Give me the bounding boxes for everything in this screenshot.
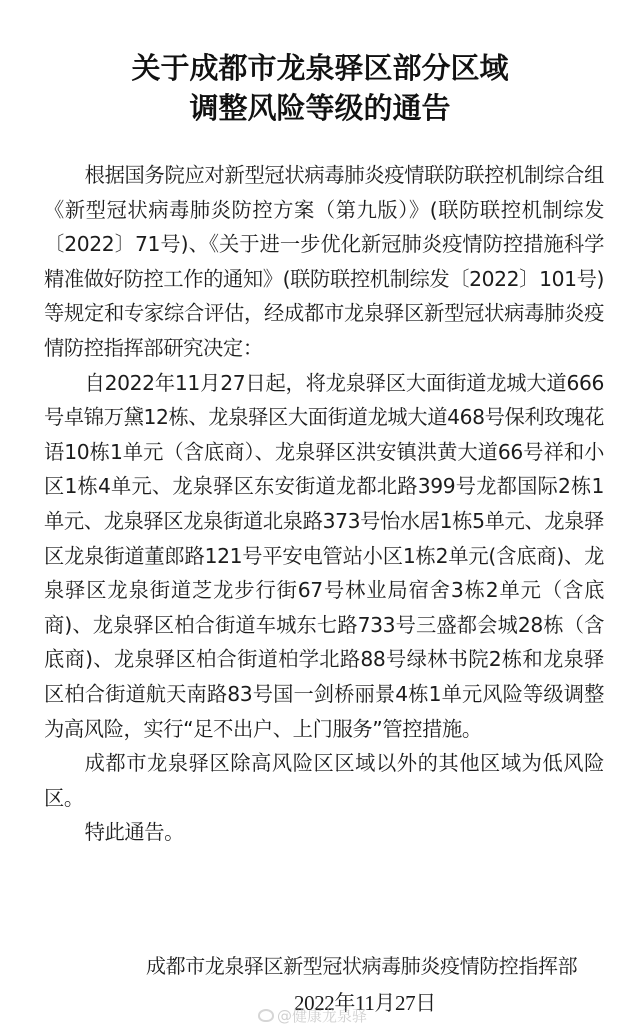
watermark-text: @健康龙泉驿: [277, 1005, 367, 1026]
paragraph-basis: 根据国务院应对新型冠状病毒肺炎疫情联防联控机制综合组《新型冠状病毒肺炎防控方案（…: [44, 158, 604, 366]
paragraph-low-risk: 成都市龙泉驿区除高风险区区域以外的其他区域为低风险区。: [44, 746, 604, 815]
paragraph-closing: 特此通告。: [44, 815, 604, 850]
watermark: @健康龙泉驿: [258, 1005, 367, 1026]
notice-body: 根据国务院应对新型冠状病毒肺炎疫情联防联控机制综合组《新型冠状病毒肺炎防控方案（…: [44, 158, 604, 850]
notice-title-line-1: 关于成都市龙泉驿区部分区域: [0, 46, 640, 87]
weibo-icon: [258, 1009, 274, 1022]
paragraph-high-risk-areas: 自2022年11月27日起，将龙泉驿区大面街道龙城大道666号卓锦万黛12栋、龙…: [44, 366, 604, 747]
signature-organization: 成都市龙泉驿区新型冠状病毒肺炎疫情防控指挥部: [146, 950, 640, 979]
notice-title-line-2: 调整风险等级的通告: [0, 86, 640, 127]
